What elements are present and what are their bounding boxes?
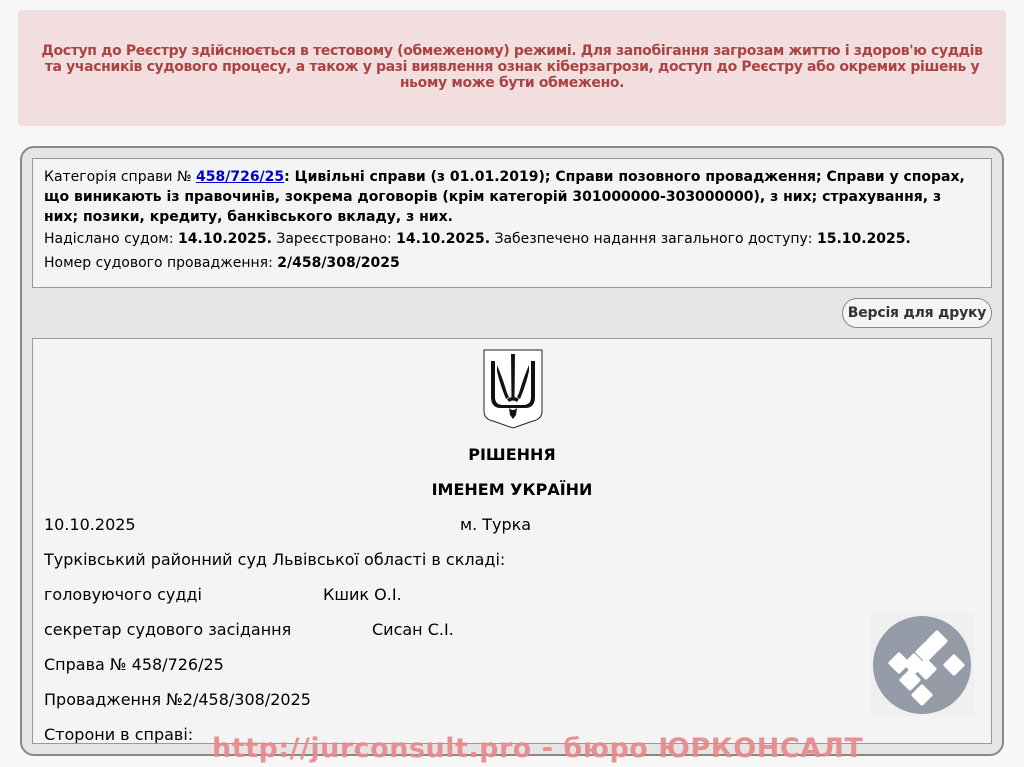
- registry-access-alert: Доступ до Реєстру здійснюється в тестово…: [18, 10, 1006, 126]
- sent-label: Надіслано судом:: [44, 231, 174, 247]
- proceeding-label: Номер судового провадження:: [44, 255, 273, 271]
- decision-date: 10.10.2025: [44, 515, 136, 535]
- coat-of-arms-icon: [483, 349, 543, 429]
- court-composition: Турківський районний суд Львівської обла…: [44, 550, 505, 570]
- secretary-label: секретар судового засідання: [44, 620, 291, 640]
- secretary-name: Сисан С.І.: [372, 620, 454, 640]
- judge-name: Кшик О.І.: [323, 585, 402, 605]
- proceeding-number: 2/458/308/2025: [277, 255, 400, 271]
- proceeding-number-line: Провадження №2/458/308/2025: [44, 690, 311, 710]
- alert-text: Доступ до Реєстру здійснюється в тестово…: [41, 43, 982, 91]
- judge-label: головуючого судді: [44, 585, 202, 605]
- dates-line: Надіслано судом: 14.10.2025. Зареєстрова…: [44, 229, 980, 249]
- case-number-link[interactable]: 458/726/25: [196, 169, 284, 185]
- case-category-panel: Категорія справи № 458/726/25: Цивільні …: [32, 158, 992, 288]
- sent-date: 14.10.2025.: [178, 231, 272, 247]
- diamond-grid-icon: [870, 614, 974, 716]
- public-access-label: Забезпечено надання загального доступу:: [494, 231, 812, 247]
- category-label: Категорія справи №: [44, 169, 192, 185]
- floating-widget-button[interactable]: [870, 614, 974, 716]
- decision-document[interactable]: РІШЕННЯ ІМЕНЕМ УКРАЇНИ 10.10.2025 м. Тур…: [32, 338, 992, 744]
- category-line: Категорія справи № 458/726/25: Цивільні …: [44, 167, 980, 227]
- case-number-line: Справа № 458/726/25: [44, 655, 224, 675]
- registered-label: Зареєстровано:: [276, 231, 391, 247]
- print-version-button[interactable]: Версія для друку: [842, 298, 992, 328]
- watermark-text: http://jurconsult.pro - бюро ЮРКОНСАЛТ: [212, 733, 863, 764]
- proceeding-line: Номер судового провадження: 2/458/308/20…: [44, 253, 980, 273]
- document-subtitle: ІМЕНЕМ УКРАЇНИ: [33, 480, 991, 500]
- registered-date: 14.10.2025.: [396, 231, 490, 247]
- decision-city: м. Турка: [460, 515, 531, 535]
- document-title: РІШЕННЯ: [33, 445, 991, 465]
- public-access-date: 15.10.2025.: [817, 231, 911, 247]
- parties-heading: Сторони в справі:: [44, 725, 193, 744]
